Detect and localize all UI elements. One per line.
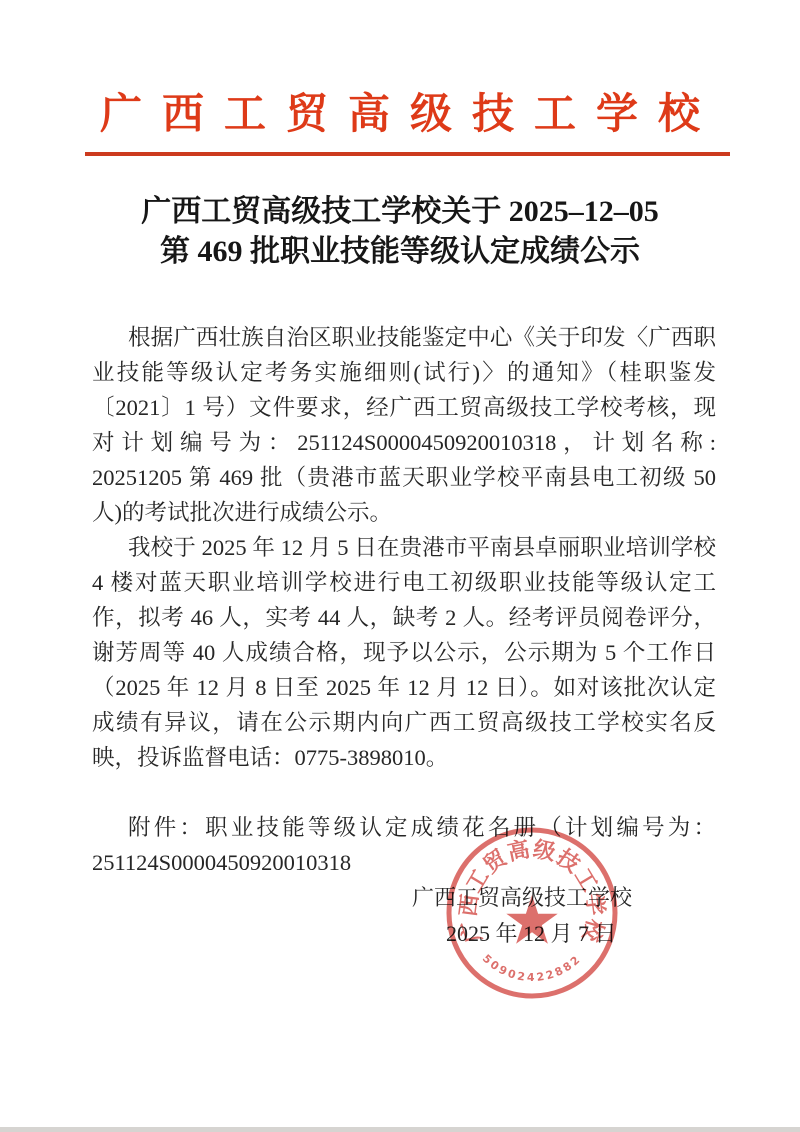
scan-bottom-edge (0, 1127, 800, 1132)
letterhead-school-name: 广西工贸高级技工学校 (0, 90, 800, 140)
body-paragraph-2: 我校于 2025 年 12 月 5 日在贵港市平南县卓丽职业培训学校 4 楼对蓝… (92, 530, 716, 775)
document-title-line2: 第 469 批职业技能等级认定成绩公示 (0, 232, 800, 272)
body-paragraph-1: 根据广西壮族自治区职业技能鉴定中心《关于印发〈广西职业技能等级认定考务实施细则(… (92, 320, 716, 530)
letterhead-rule (85, 152, 730, 156)
document-page: 广西工贸高级技工学校 广西工贸高级技工学校关于 2025–12–05 第 469… (0, 0, 800, 1132)
document-title-line1: 广西工贸高级技工学校关于 2025–12–05 (0, 192, 800, 232)
attachment-note: 附件：职业技能等级认定成绩花名册（计划编号为：251124S0000450920… (92, 810, 716, 880)
document-body: 根据广西壮族自治区职业技能鉴定中心《关于印发〈广西职业技能等级认定考务实施细则(… (92, 320, 716, 880)
signature-date: 2025 年 12 月 7 日 (446, 920, 617, 948)
signature-issuer: 广西工贸高级技工学校 (412, 884, 632, 912)
document-title: 广西工贸高级技工学校关于 2025–12–05 第 469 批职业技能等级认定成… (0, 192, 800, 272)
